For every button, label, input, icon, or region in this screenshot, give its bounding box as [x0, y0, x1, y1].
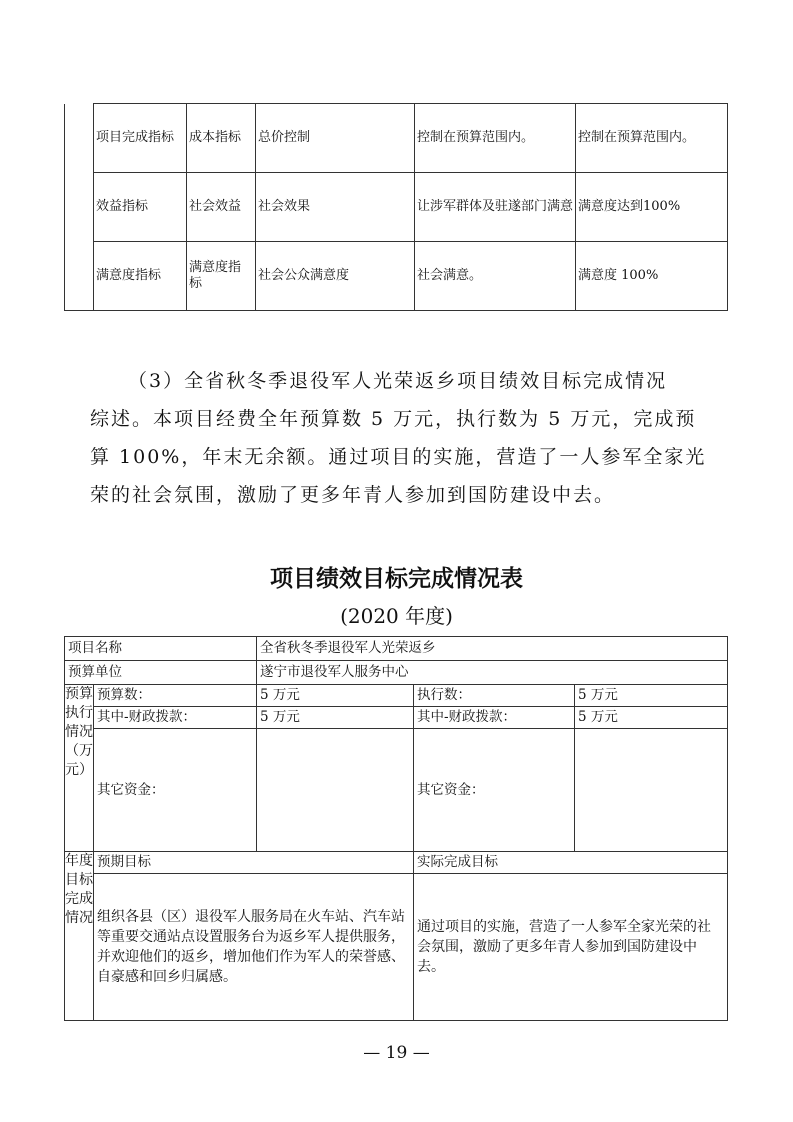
lead-cell	[65, 104, 94, 311]
indicator-actual: 满意度 100%	[576, 242, 728, 311]
exec-label: 执行数：	[414, 685, 575, 707]
indicator-level2: 满意度指标	[94, 242, 187, 311]
indicator-content: 社会效果	[256, 173, 415, 242]
paragraph-line: 综述。本项目经费全年预算数 5 万元，执行数为 5 万元，完成预	[90, 400, 710, 438]
section-subtitle: (2020 年度)	[0, 600, 793, 629]
project-name-label: 项目名称	[65, 637, 257, 661]
table-row: 项目名称 全省秋冬季退役军人光荣返乡	[65, 637, 728, 661]
table-row: 其它资金： 其它资金：	[65, 729, 728, 852]
table-row: 效益指标 社会效益 社会效果 让涉军群体及驻遂部门满意 满意度达到100%	[65, 173, 728, 242]
other-value-right	[575, 729, 728, 852]
indicator-level3: 满意度指标	[187, 242, 256, 311]
section-title: 项目绩效目标完成情况表	[0, 560, 793, 593]
fiscal-value-left: 5 万元	[257, 707, 414, 729]
fiscal-label-left: 其中-财政拨款：	[94, 707, 257, 729]
indicator-target: 控制在预算范围内。	[415, 104, 576, 173]
table-row: 项目完成指标 成本指标 总价控制 控制在预算范围内。 控制在预算范围内。	[65, 104, 728, 173]
indicator-actual: 控制在预算范围内。	[576, 104, 728, 173]
budget-value: 5 万元	[257, 685, 414, 707]
paragraph-line: 算 100%，年末无余额。通过项目的实施，营造了一人参军全家光	[90, 438, 710, 476]
fiscal-label-right: 其中-财政拨款：	[414, 707, 575, 729]
paragraph-line: 荣的社会氛围，激励了更多年青人参加到国防建设中去。	[90, 476, 710, 514]
other-value-left	[257, 729, 414, 852]
table-row: 预算单位 遂宁市退役军人服务中心	[65, 661, 728, 685]
table-row: 组织各县（区）退役军人服务局在火车站、汽车站等重要交通站点设置服务台为返乡军人提…	[65, 874, 728, 1021]
budget-unit-value: 遂宁市退役军人服务中心	[257, 661, 728, 685]
exec-value: 5 万元	[575, 685, 728, 707]
indicator-level2: 效益指标	[94, 173, 187, 242]
performance-table: 项目名称 全省秋冬季退役军人光荣返乡 预算单位 遂宁市退役军人服务中心 预算执行…	[64, 636, 728, 1021]
table-row: 预算执行情况（万元） 预算数： 5 万元 执行数： 5 万元	[65, 685, 728, 707]
table-row: 满意度指标 满意度指标 社会公众满意度 社会满意。 满意度 100%	[65, 242, 728, 311]
goal-group-label: 年度目标完成情况	[65, 852, 94, 1021]
indicator-content: 总价控制	[256, 104, 415, 173]
actual-goal-label: 实际完成目标	[414, 852, 728, 874]
summary-paragraph: （3）全省秋冬季退役军人光荣返乡项目绩效目标完成情况 综述。本项目经费全年预算数…	[90, 362, 710, 514]
indicator-actual: 满意度达到100%	[576, 173, 728, 242]
indicator-content: 社会公众满意度	[256, 242, 415, 311]
fiscal-value-right: 5 万元	[575, 707, 728, 729]
actual-goal-text: 通过项目的实施，营造了一人参军全家光荣的社会氛围，激励了更多年青人参加到国防建设…	[414, 874, 728, 1021]
table-row: 其中-财政拨款： 5 万元 其中-财政拨款： 5 万元	[65, 707, 728, 729]
budget-unit-label: 预算单位	[65, 661, 257, 685]
budget-label: 预算数：	[94, 685, 257, 707]
other-label-left: 其它资金：	[94, 729, 257, 852]
indicator-target: 让涉军群体及驻遂部门满意	[415, 173, 576, 242]
page-number: — 19 —	[0, 1043, 793, 1063]
indicator-target: 社会满意。	[415, 242, 576, 311]
exec-group-label: 预算执行情况（万元）	[65, 685, 94, 852]
paragraph-line: （3）全省秋冬季退役军人光荣返乡项目绩效目标完成情况	[90, 362, 710, 400]
indicator-level2: 项目完成指标	[94, 104, 187, 173]
project-name-value: 全省秋冬季退役军人光荣返乡	[257, 637, 728, 661]
expected-goal-label: 预期目标	[94, 852, 414, 874]
expected-goal-text: 组织各县（区）退役军人服务局在火车站、汽车站等重要交通站点设置服务台为返乡军人提…	[94, 874, 414, 1021]
indicator-level3: 成本指标	[187, 104, 256, 173]
table-row: 年度目标完成情况 预期目标 实际完成目标	[65, 852, 728, 874]
indicator-level3: 社会效益	[187, 173, 256, 242]
other-label-right: 其它资金：	[414, 729, 575, 852]
indicator-table: 项目完成指标 成本指标 总价控制 控制在预算范围内。 控制在预算范围内。 效益指…	[64, 103, 728, 311]
